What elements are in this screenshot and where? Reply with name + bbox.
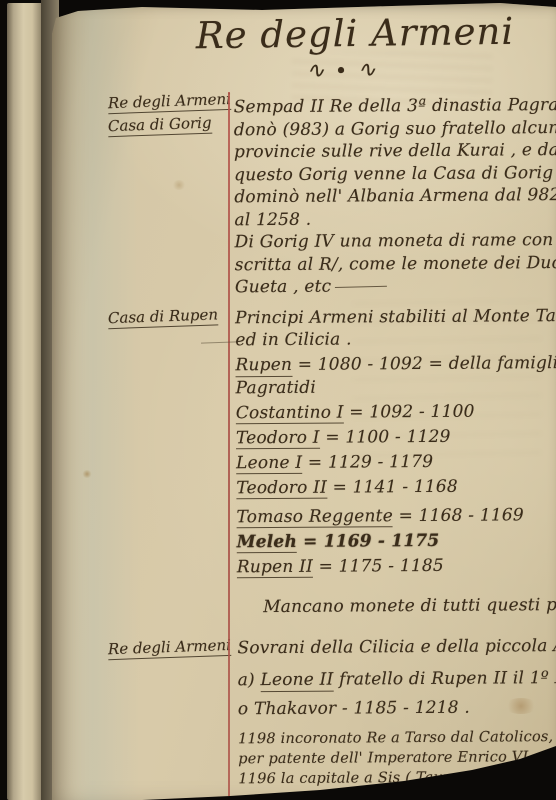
line-text: donò (983) a Gorig suo fratello alcun — [234, 118, 556, 140]
manuscript-line: questo Gorig venne la Casa di Gorig : — [234, 161, 556, 186]
underlined-name: Teodoro II — [236, 477, 327, 499]
manuscript-line: Rupen II = 1175 - 1185 — [237, 553, 556, 578]
line-text: = 1129 - 1179 — [302, 451, 433, 472]
main-column: Sempad II Re della 3ª dinastia Pagratidd… — [234, 94, 556, 789]
manuscript-line: Principi Armeni stabiliti al Monte Tauro — [235, 304, 556, 329]
manuscript-line: scritta al R∕, come le monete dei Duchi … — [235, 251, 556, 276]
margin-connector-line — [201, 341, 237, 343]
line-text: al 1258 . — [234, 209, 311, 230]
manuscript-line: provincie sulle rive della Kurai , e da — [234, 139, 556, 164]
manuscript-line: o Thakavor - 1185 - 1218 . — [238, 696, 556, 721]
line-text: Mancano monete di tutti questi principi … — [263, 595, 556, 618]
manuscript-line: donò (983) a Gorig suo fratello alcun — [234, 116, 556, 141]
underlined-name: Rupen — [235, 355, 292, 377]
margin-label-casa-di-gorig: Casa di Gorig — [108, 114, 235, 137]
underlined-name: Teodoro I — [236, 427, 320, 449]
page-title: Re degli Armeni — [180, 10, 531, 58]
line-text: fratello di Rupen II il 1º Re — [333, 668, 556, 690]
line-text: Di Gorig IV una moneta di rame con — [235, 230, 554, 252]
underlined-name: Rupen II — [237, 556, 313, 578]
foxing-stain — [172, 180, 186, 190]
manuscript-line: Di Gorig IV una moneta di rame con — [235, 229, 556, 254]
manuscript-line: Costantino I = 1092 - 1100 — [236, 399, 556, 424]
line-text: provincie sulle rive della Kurai , e da — [234, 140, 556, 162]
line-text: = 1168 - 1169 — [393, 505, 524, 526]
underlined-name: Tomaso Reggente — [236, 506, 393, 529]
line-text: ed in Cilicia . — [235, 329, 351, 350]
manuscript-line: al 1258 . — [234, 206, 556, 231]
line-text: Gueta , etc — [235, 277, 332, 298]
underlined-name: Leone II — [260, 670, 333, 692]
manuscript-line: Mancano monete di tutti questi principi … — [237, 594, 556, 619]
margin-label-casa-di-rupen: Casa di Rupen — [108, 306, 235, 329]
line-text: 1196 la capitale a Sis ( Taurus ) — [238, 769, 478, 787]
line-text: dominò nell' Albania Armena dal 982 — [234, 185, 556, 207]
manuscript-line: Meleh = 1169 - 1175 — [237, 528, 556, 553]
line-text: scritta al R∕, come le monete dei Duchi … — [235, 252, 556, 275]
line-text: = 1175 - 1185 — [313, 555, 444, 576]
title-flourish: ∿ ∙ ∿ — [242, 56, 442, 84]
manuscript-line: Teodoro I = 1100 - 1129 — [236, 424, 556, 449]
line-text: = 1080 - 1092 = della famiglia dei — [292, 353, 556, 375]
manuscript-page: Re degli Armeni ∿ ∙ ∿ Re degli Armeni Ca… — [52, 0, 556, 800]
margin-label-re-degli-armeni-2: Re degli Armeni — [108, 637, 235, 660]
line-text: = 1141 - 1168 — [327, 476, 458, 497]
line-text: o Thakavor - 1185 - 1218 . — [238, 698, 470, 720]
manuscript-line: a) Leone II fratello di Rupen II il 1º R… — [238, 667, 556, 692]
underlined-name: Costantino I — [236, 402, 344, 424]
margin-label-text: Re degli Armeni — [108, 91, 232, 114]
margin-label-re-degli-armeni: Re degli Armeni — [108, 91, 235, 114]
line-text: Sempad II Re della 3ª dinastia Pagratid — [234, 95, 556, 117]
line-text: Pagratidi — [236, 377, 316, 398]
foxing-stain — [82, 470, 92, 478]
manuscript-line: dominò nell' Albania Armena dal 982 — [234, 184, 556, 209]
manuscript-line: Gueta , etc — [235, 274, 556, 299]
manuscript-line: Pagratidi — [236, 374, 556, 399]
line-text: 1198 incoronato Re a Tarso dal Catolicos… — [238, 729, 553, 747]
underlined-name: Leone I — [236, 452, 302, 474]
margin-label-text: Re degli Armeni — [108, 637, 232, 660]
line-text: = 1100 - 1129 — [320, 426, 451, 447]
manuscript-line: Sempad II Re della 3ª dinastia Pagratid — [234, 94, 556, 119]
underlined-name: Meleh — [237, 531, 297, 553]
line-text: = 1169 - 1175 — [297, 530, 440, 551]
manuscript-line: Rupen = 1080 - 1092 = della famiglia dei — [235, 352, 556, 377]
margin-label-text: Casa di Gorig — [108, 115, 212, 138]
line-text: = 1092 - 1100 — [344, 401, 475, 422]
manuscript-photo: Re degli Armeni ∿ ∙ ∿ Re degli Armeni Ca… — [0, 0, 556, 800]
line-text: a) — [238, 670, 261, 690]
red-margin-rule — [228, 92, 230, 796]
margin-label-text: Casa di Rupen — [108, 306, 219, 329]
manuscript-line: Tomaso Reggente = 1168 - 1169 — [236, 503, 556, 528]
manuscript-line: per patente dell' Imperatore Enrico VI . — [238, 746, 556, 769]
line-text: Sovrani della Cilicia e della piccola Ar… — [237, 635, 556, 658]
line-text: questo Gorig venne la Casa di Gorig : — [234, 162, 556, 184]
previous-page-edge — [7, 3, 43, 800]
manuscript-line: Sovrani della Cilicia e della piccola Ar… — [237, 634, 556, 659]
line-text: Principi Armeni stabiliti al Monte Tauro — [235, 305, 556, 327]
manuscript-line: ed in Cilicia . — [235, 327, 556, 352]
line-text: per patente dell' Imperatore Enrico VI . — [238, 749, 538, 767]
manuscript-line: Leone I = 1129 - 1179 — [236, 449, 556, 474]
manuscript-line: 1196 la capitale a Sis ( Taurus ) — [238, 766, 556, 789]
manuscript-line: 1198 incoronato Re a Tarso dal Catolicos… — [238, 726, 556, 749]
manuscript-line: Teodoro II = 1141 - 1168 — [236, 474, 556, 499]
